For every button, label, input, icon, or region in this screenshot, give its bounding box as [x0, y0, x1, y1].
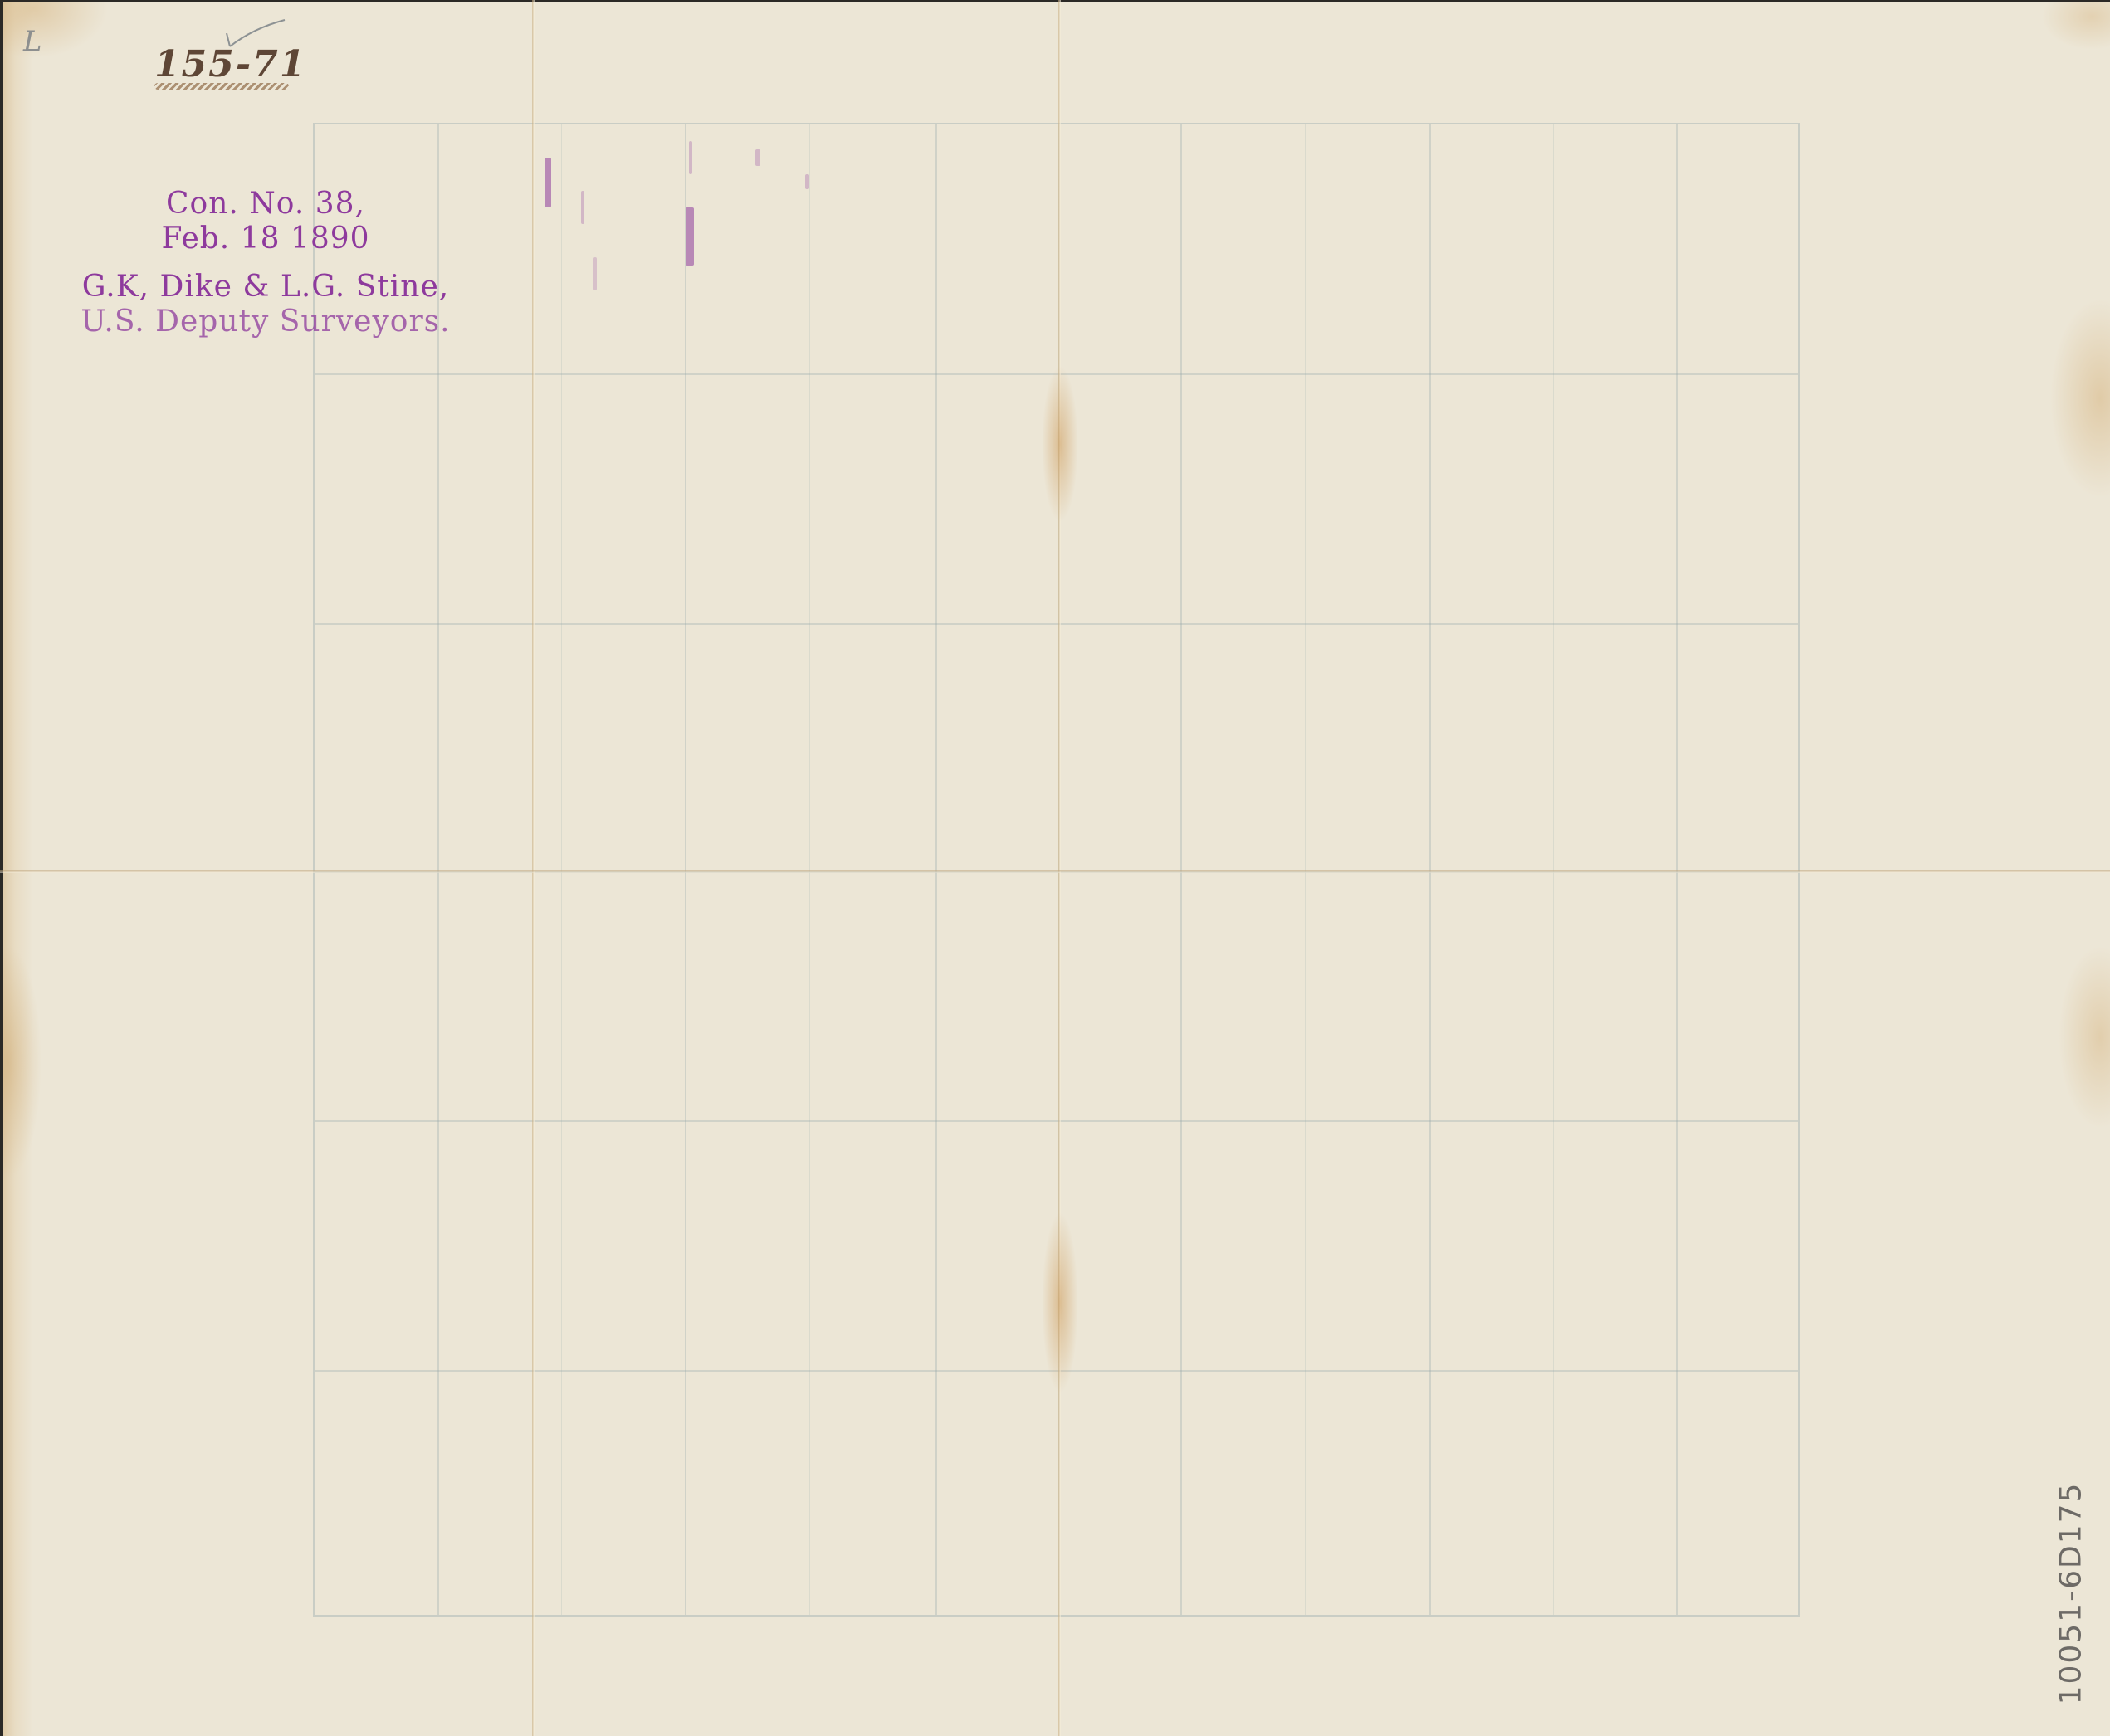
stamp-surveyor-names: G.K, Dike & L.G. Stine,: [58, 272, 473, 302]
scan-edge-left: [0, 0, 3, 1736]
grid-line: [935, 124, 937, 1615]
grid-line: [809, 124, 810, 1615]
grid-line: [437, 124, 439, 1615]
archive-pencil-id-text: 10051-6D175: [2054, 1482, 2088, 1705]
grid-line: [315, 1120, 1798, 1122]
fold-line-vertical: [1058, 0, 1061, 1736]
stamp-surveyor-title: U.S. Deputy Surveyors.: [58, 307, 473, 337]
file-number-underline: [154, 83, 289, 90]
foxing-stain: [1042, 365, 1078, 523]
grid-line: [1553, 124, 1554, 1615]
grid-line: [1305, 124, 1306, 1615]
ink-offset-specks: [531, 124, 905, 290]
stamp-contract-number: Con. No. 38,: [58, 189, 473, 219]
stamp-date: Feb. 18 1890: [58, 224, 473, 254]
grid-line: [1676, 124, 1678, 1615]
file-number: 155-71: [154, 43, 306, 85]
grid-line: [315, 623, 1798, 625]
foxing-stain: [1042, 1212, 1078, 1394]
document-sheet: L 155-71 Con. No. 38, Feb. 18 1890 G.K, …: [0, 0, 2110, 1736]
grid-line: [561, 124, 562, 1615]
grid-line: [1429, 124, 1431, 1615]
corner-pencil-mark: L: [23, 25, 42, 58]
contract-stamp: Con. No. 38, Feb. 18 1890 G.K, Dike & L.…: [58, 189, 473, 337]
grid-line: [685, 124, 686, 1615]
fold-line-horizontal: [0, 870, 2110, 873]
scan-edge-top: [0, 0, 2110, 2]
archive-pencil-id: 10051-6D175: [2050, 1460, 2092, 1726]
grid-line: [1180, 124, 1182, 1615]
